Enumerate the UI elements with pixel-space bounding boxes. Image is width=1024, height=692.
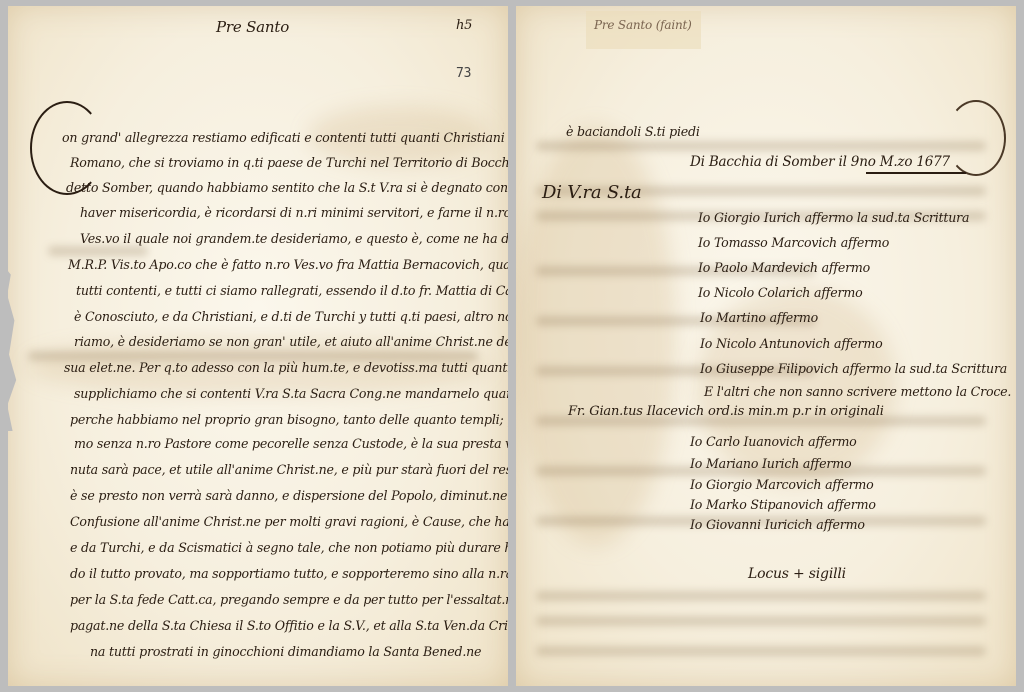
text-line: tutti contenti, e tutti ci siamo rallegr…	[76, 283, 508, 298]
signature-line: Io Mariano Iurich affermo	[690, 456, 851, 471]
left-page: Pre Santo h5 73 on grand' allegrezza res…	[8, 6, 508, 686]
ink-bleed-through	[536, 591, 986, 601]
text-line: Romano, che si troviamo in q.ti paese de…	[70, 155, 508, 170]
header-note-faint: Pre Santo (faint)	[594, 18, 692, 32]
ink-bleed-through	[536, 616, 986, 626]
signature-line: Io Nicolo Antunovich affermo	[700, 336, 882, 351]
signature-line: Io Nicolo Colarich affermo	[698, 285, 862, 300]
text-line: perche habbiamo nel proprio gran bisogno…	[70, 412, 508, 427]
signature-line: Io Martino affermo	[700, 310, 818, 325]
torn-edge	[8, 261, 18, 431]
text-line: e da Turchi, e da Scismatici à segno tal…	[70, 540, 508, 555]
signature-line: Io Giorgio Marcovich affermo	[690, 477, 874, 492]
text-line: Ves.vo il quale noi grandem.te desideria…	[80, 231, 508, 246]
text-line: nuta sarà pace, et utile all'anime Chris…	[70, 462, 508, 477]
salutation: Di V.ra S.ta	[542, 182, 642, 203]
closing-phrase: è baciandoli S.ti piedi	[566, 124, 700, 139]
signature-line: Io Giuseppe Filipovich affermo la sud.ta…	[700, 361, 1007, 376]
text-line: mo senza n.ro Pastore come pecorelle sen…	[74, 436, 508, 451]
text-line: sua elet.ne. Per q.to adesso con la più …	[64, 360, 508, 375]
dateline: Di Bacchia di Somber il 9no M.zo 1677	[690, 154, 950, 170]
text-line: è se presto non verrà sarà danno, e disp…	[70, 488, 508, 503]
bleed-through-initial	[946, 100, 1006, 176]
text-line: M.R.P. Vis.to Apo.co che è fatto n.ro Ve…	[68, 257, 508, 272]
ink-bleed-through	[48, 246, 148, 256]
text-line: Confusione all'anime Christ.ne per molti…	[70, 514, 508, 529]
ink-bleed-through	[536, 141, 986, 151]
signature-line: Io Giovanni Iuricich affermo	[690, 517, 865, 532]
friar-signature: Fr. Gian.tus Ilacevich ord.is min.m p.r …	[568, 404, 884, 419]
header-note: Pre Santo	[216, 18, 289, 36]
signature-line: Io Tomasso Marcovich affermo	[698, 235, 889, 250]
right-page: Pre Santo (faint) è baciandoli S.ti pied…	[516, 6, 1016, 686]
ink-bleed-through	[536, 646, 986, 656]
dateline-underline	[866, 172, 966, 174]
signature-line: Io Carlo Iuanovich affermo	[690, 434, 857, 449]
text-line: è Conosciuto, e da Christiani, e d.ti de…	[74, 309, 508, 324]
signature-line: E l'altri che non sanno scrivere mettono…	[704, 384, 1011, 399]
text-line: pagat.ne della S.ta Chiesa il S.to Offit…	[70, 618, 508, 633]
folio-number: 73	[456, 66, 471, 81]
signature-line: Io Marko Stipanovich affermo	[690, 497, 876, 512]
text-line: haver misericordia, è ricordarsi di n.ri…	[80, 205, 508, 220]
signature-line: Io Giorgio Iurich affermo la sud.ta Scri…	[698, 210, 969, 225]
text-line: on grand' allegrezza restiamo edificati …	[62, 130, 508, 145]
text-line: riamo, è desideriamo se non gran' utile,…	[74, 334, 508, 349]
text-line: detto Somber, quando habbiamo sentito ch…	[66, 180, 508, 195]
signature-line: Io Paolo Mardevich affermo	[698, 260, 870, 275]
text-line: per la S.ta fede Catt.ca, pregando sempr…	[70, 592, 508, 607]
corner-mark: h5	[456, 18, 472, 33]
text-line: supplichiamo che si contenti V.ra S.ta S…	[74, 386, 508, 401]
text-line: na tutti prostrati in ginocchioni dimand…	[90, 644, 481, 659]
text-line: do il tutto provato, ma sopportiamo tutt…	[70, 566, 508, 581]
seal-location-note: Locus + sigilli	[748, 566, 846, 582]
